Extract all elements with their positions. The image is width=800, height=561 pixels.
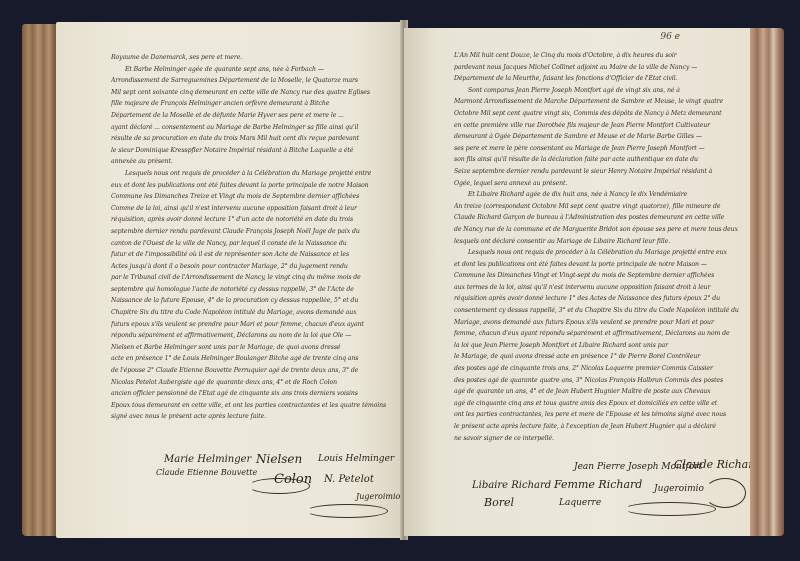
signature: Claude Etienne Bouvette — [156, 468, 257, 477]
signature-flourish — [704, 478, 746, 508]
signature: N. Petelot — [324, 474, 374, 485]
left-page-edges — [22, 24, 58, 536]
signature-flourish — [248, 478, 310, 494]
signature-flourish — [306, 504, 388, 518]
right-page: 96 e L'An Mil huit cent Douze, le Cinq d… — [404, 28, 750, 536]
left-signatures: Marie Helminger Nielsen Louis Helminger … — [56, 22, 404, 538]
signature: Laquerre — [559, 498, 601, 508]
signature: Marie Helminger — [164, 454, 251, 465]
signature: Louis Helminger — [318, 454, 394, 464]
signature: Femme Richard — [554, 478, 642, 491]
signature: Jugeroimio — [654, 484, 704, 494]
signature: Jugeroimio — [356, 492, 400, 501]
left-page: Royaume de Danemarck, ses pere et mere.E… — [56, 22, 404, 538]
open-register-book: Royaume de Danemarck, ses pere et mere.E… — [22, 20, 784, 542]
right-signatures: Jean Pierre Joseph Montfort Claude Richa… — [404, 28, 750, 536]
signature-flourish — [624, 502, 716, 516]
right-page-edges — [746, 28, 784, 536]
signature: Borel — [484, 496, 514, 509]
signature: Libaire Richard — [472, 480, 551, 491]
signature: Claude Richard — [674, 458, 750, 471]
signature: Nielsen — [256, 452, 302, 466]
